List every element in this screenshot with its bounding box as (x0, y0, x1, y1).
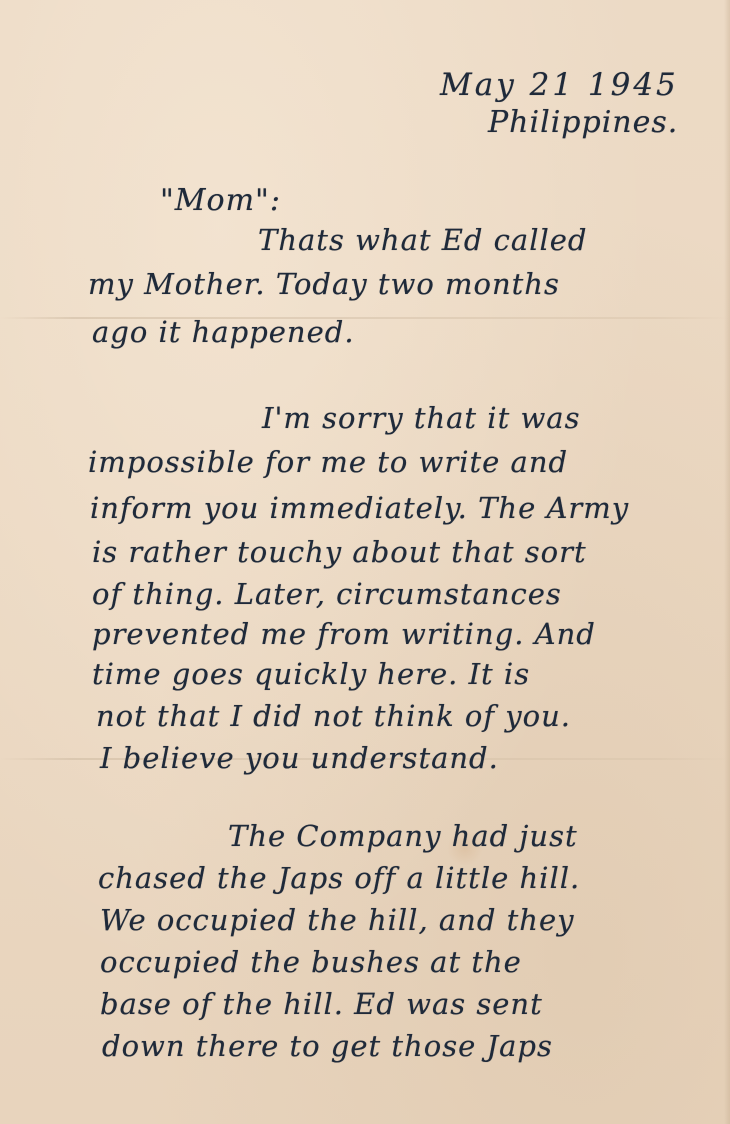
letter-line: not that I did not think of you. (96, 702, 571, 731)
letter-line: chased the Japs off a little hill. (98, 864, 580, 893)
letter-line: Thats what Ed called (258, 226, 587, 255)
letter-page: May 21 1945 Philippines. "Mom": Thats wh… (0, 0, 730, 1124)
letter-line: inform you immediately. The Army (90, 494, 629, 523)
letter-line: The Company had just (228, 822, 578, 851)
letter-line: base of the hill. Ed was sent (100, 990, 543, 1019)
letter-line: time goes quickly here. It is (92, 660, 530, 689)
letter-line: is rather touchy about that sort (92, 538, 587, 567)
letter-line: prevented me from writing. And (92, 620, 596, 649)
letter-line: ago it happened. (92, 318, 355, 347)
letter-salutation: "Mom": (160, 186, 281, 216)
paper-edge (724, 0, 730, 1124)
letter-line: I believe you understand. (100, 744, 499, 773)
letter-line: occupied the bushes at the (100, 948, 522, 977)
letter-line: of thing. Later, circumstances (92, 580, 562, 609)
letter-line: I'm sorry that it was (262, 404, 580, 433)
letter-line: impossible for me to write and (88, 448, 568, 477)
letter-line: We occupied the hill, and they (100, 906, 575, 935)
letter-line: my Mother. Today two months (88, 270, 560, 299)
letter-line: down there to get those Japs (102, 1032, 553, 1061)
letter-place: Philippines. (488, 108, 678, 138)
letter-date: May 21 1945 (440, 70, 679, 101)
